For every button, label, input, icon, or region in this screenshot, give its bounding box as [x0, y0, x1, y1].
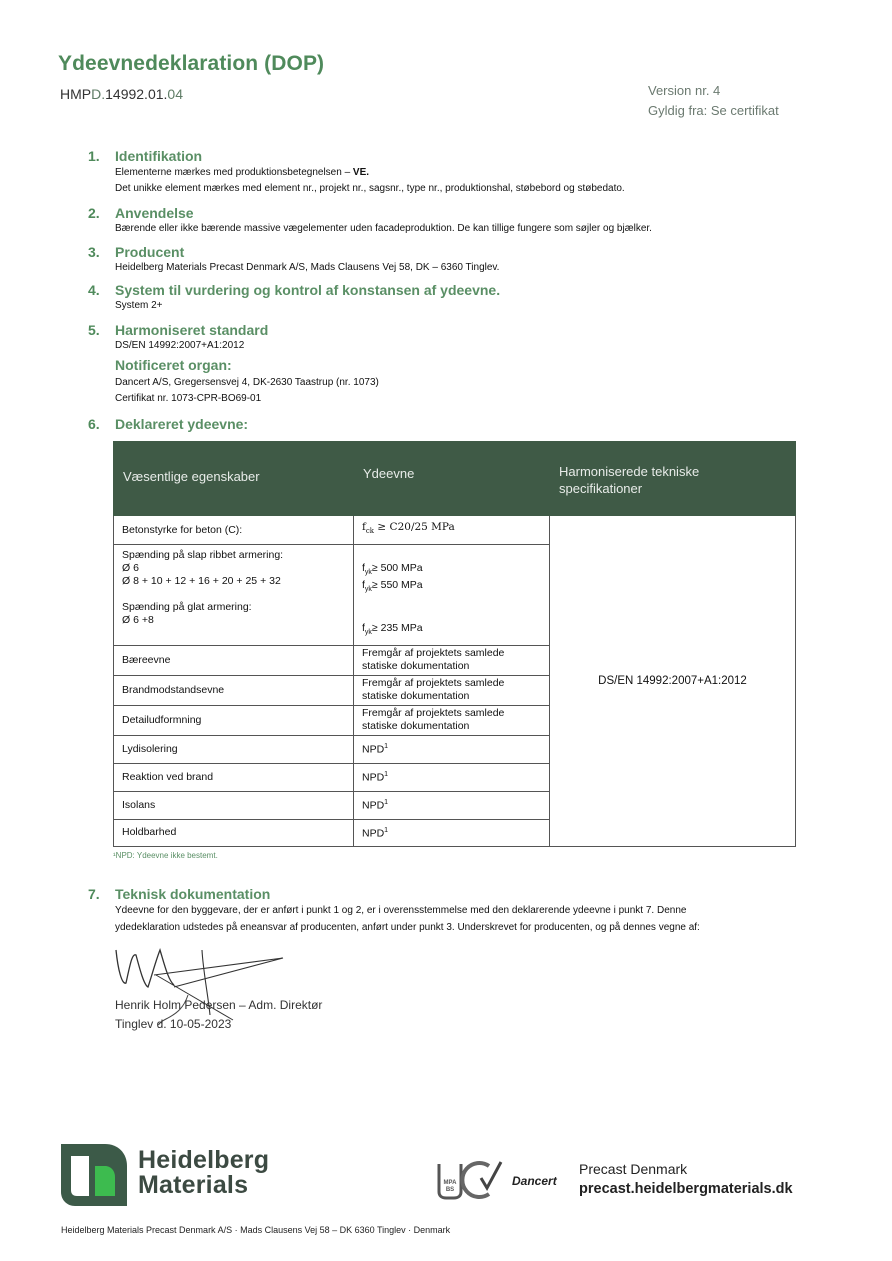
doc-id-prefix: HMP — [60, 86, 91, 102]
value-line: statiske dokumentation — [362, 690, 549, 703]
property-name: Reaktion ved brand — [122, 771, 353, 784]
precast-contact: Precast Denmark precast.heidelbergmateri… — [579, 1159, 793, 1199]
version-number: Version nr. 4 — [648, 81, 779, 101]
value: NPD — [362, 828, 384, 840]
section-number: 4. — [88, 282, 115, 298]
svg-text:MPA: MPA — [444, 1180, 458, 1186]
footnote-ref: 1 — [384, 827, 388, 834]
sign-place-date: Tinglev d. 10-05-2023 — [115, 1015, 322, 1034]
footnote-ref: 1 — [384, 743, 388, 750]
section-number: 1. — [88, 148, 115, 164]
section-declared-performance: 6.Deklareret ydeevne: — [88, 416, 808, 432]
symbol-sub: ck — [366, 528, 374, 536]
table-row: Spænding på slap ribbet armering: Ø 6 Ø … — [113, 544, 354, 646]
website-link[interactable]: precast.heidelbergmaterials.dk — [579, 1179, 793, 1199]
property-detail: Ø 6 +8 — [122, 614, 353, 627]
table-header: Væsentlige egenskaber Ydeevne Harmoniser… — [113, 441, 796, 516]
symbol-sub: yk — [365, 629, 372, 636]
section-title: Deklareret ydeevne: — [115, 416, 248, 432]
section-title: Producent — [115, 244, 184, 260]
section-system: 4.System til vurdering og kontrol af kon… — [88, 282, 808, 314]
property-name: Detailudformning — [122, 714, 353, 727]
heidelberg-logo-icon — [61, 1144, 127, 1206]
performance-value: Fremgår af projektets samledestatiske do… — [353, 645, 550, 676]
value-line: fyk≥ 235 MPa — [362, 622, 549, 639]
section-line: ydedeklaration udstedes på eneansvar af … — [115, 919, 808, 936]
value-line: Fremgår af projektets samlede — [362, 707, 549, 720]
doc-id-suffix: 04 — [167, 86, 183, 102]
section-line: Det unikke element mærkes med element nr… — [115, 181, 808, 197]
footer-address: Heidelberg Materials Precast Denmark A/S… — [61, 1225, 450, 1235]
section-number: 2. — [88, 205, 115, 221]
section-standard: 5.Harmoniseret standard DS/EN 14992:2007… — [88, 322, 808, 407]
logo-line-2: Materials — [138, 1173, 269, 1198]
signatory: Henrik Holm Pedersen – Adm. Direktør Tin… — [115, 996, 322, 1034]
value-line: statiske dokumentation — [362, 720, 549, 733]
performance-value: fyk≥ 500 MPa fyk≥ 550 MPa fyk≥ 235 MPa — [353, 544, 550, 646]
table-row: Reaktion ved brand — [113, 763, 354, 792]
signer-name: Henrik Holm Pedersen – Adm. Direktør — [115, 996, 322, 1015]
symbol-sub: yk — [365, 586, 372, 593]
line-text: Elementerne mærkes med produktionsbetegn… — [115, 167, 353, 178]
performance-value: NPD1 — [353, 763, 550, 792]
section-line: Ydeevne for den byggevare, der er anført… — [115, 902, 808, 919]
operator: ≥ — [374, 521, 389, 533]
property-name: Brandmodstandsevne — [122, 684, 353, 697]
property-name: Spænding på slap ribbet armering: — [122, 549, 353, 562]
footnote-ref: 1 — [384, 771, 388, 778]
section-title: System til vurdering og kontrol af konst… — [115, 282, 500, 298]
valid-from: Gyldig fra: Se certifikat — [648, 101, 779, 121]
document-id: HMPD.14992.01.04 — [60, 86, 183, 102]
section-producer: 3.Producent Heidelberg Materials Precast… — [88, 244, 808, 276]
precast-name: Precast Denmark — [579, 1159, 793, 1179]
property-detail: Ø 8 + 10 + 12 + 16 + 20 + 25 + 32 — [122, 575, 353, 588]
document-title: Ydeevnedeklaration (DOP) — [58, 52, 324, 76]
value: C20/25 MPa — [390, 521, 455, 533]
section-title: Teknisk dokumentation — [115, 886, 270, 902]
property-name: Betonstyrke for beton (C): — [122, 524, 353, 537]
section-line: Bærende eller ikke bærende massive vægel… — [115, 221, 808, 237]
svg-text:BS: BS — [446, 1187, 454, 1193]
logo-line-1: Heidelberg — [138, 1148, 269, 1173]
section-number: 5. — [88, 322, 115, 338]
property-name: Isolans — [122, 799, 353, 812]
section-number: 3. — [88, 244, 115, 260]
value-line: fyk≥ 550 MPa — [362, 579, 549, 596]
version-info: Version nr. 4 Gyldig fra: Se certifikat — [648, 81, 779, 121]
doc-id-number: 14992.01. — [105, 86, 167, 102]
table-row: Isolans — [113, 791, 354, 820]
table-row: Lydisolering — [113, 735, 354, 764]
section-title: Harmoniseret standard — [115, 322, 268, 338]
section-line: Elementerne mærkes med produktionsbetegn… — [115, 165, 808, 181]
value-line: Fremgår af projektets samlede — [362, 647, 549, 660]
property-detail: Ø 6 — [122, 562, 353, 575]
value: NPD — [362, 800, 384, 812]
notified-body-title: Notificeret organ: — [115, 356, 808, 375]
section-number: 6. — [88, 416, 115, 432]
performance-value: Fremgår af projektets samledestatiske do… — [353, 675, 550, 706]
section-title: Anvendelse — [115, 205, 194, 221]
value: NPD — [362, 744, 384, 756]
section-usage: 2.Anvendelse Bærende eller ikke bærende … — [88, 205, 808, 237]
value-line: Fremgår af projektets samlede — [362, 677, 549, 690]
column-header-performance: Ydeevne — [363, 465, 414, 482]
value-line: statiske dokumentation — [362, 660, 549, 673]
harmonised-specification: DS/EN 14992:2007+A1:2012 — [549, 516, 796, 847]
property-name: Lydisolering — [122, 743, 353, 756]
product-code: VE. — [353, 167, 369, 178]
performance-value: Fremgår af projektets samledestatiske do… — [353, 705, 550, 736]
footnote-ref: 1 — [384, 799, 388, 806]
property-name: Spænding på glat armering: — [122, 601, 353, 614]
certification-marks-icon: MPA BS — [437, 1160, 509, 1200]
dancert-label: Dancert — [512, 1174, 557, 1188]
value: NPD — [362, 772, 384, 784]
section-line: System 2+ — [115, 298, 808, 314]
table-row: Holdbarhed — [113, 819, 354, 847]
section-line: DS/EN 14992:2007+A1:2012 — [115, 338, 808, 354]
column-header-property: Væsentlige egenskaber — [123, 468, 260, 485]
symbol-sub: yk — [365, 569, 372, 576]
value: ≥ 500 MPa — [372, 562, 423, 574]
performance-value: NPD1 — [353, 735, 550, 764]
property-name: Holdbarhed — [122, 826, 353, 839]
property-name: Bæreevne — [122, 654, 353, 667]
performance-value: NPD1 — [353, 791, 550, 820]
table-footnote: ¹NPD: Ydeevne ikke bestemt. — [113, 851, 218, 860]
value-line: fyk≥ 500 MPa — [362, 562, 549, 579]
section-identification: 1.Identifikation Elementerne mærkes med … — [88, 148, 808, 197]
value: ≥ 235 MPa — [372, 622, 423, 634]
value: ≥ 550 MPa — [372, 579, 423, 591]
table-row: Detailudformning — [113, 705, 354, 736]
certificate-number: Certifikat nr. 1073-CPR-BO69-01 — [115, 391, 808, 407]
doc-id-mid: D. — [91, 86, 105, 102]
table-row: Bæreevne — [113, 645, 354, 676]
performance-value: NPD1 — [353, 819, 550, 847]
table-row: Betonstyrke for beton (C): — [113, 516, 354, 545]
performance-value: fck ≥ C20/25 MPa — [353, 516, 550, 545]
section-number: 7. — [88, 886, 115, 902]
section-technical-documentation: 7.Teknisk dokumentation Ydeevne for den … — [88, 886, 808, 936]
company-logo-text: Heidelberg Materials — [138, 1148, 269, 1198]
section-title: Identifikation — [115, 148, 202, 164]
notified-body-address: Dancert A/S, Gregersensvej 4, DK-2630 Ta… — [115, 375, 808, 391]
column-header-specification: Harmoniserede tekniske specifikationer — [559, 463, 749, 497]
section-line: Heidelberg Materials Precast Denmark A/S… — [115, 260, 808, 276]
table-row: Brandmodstandsevne — [113, 675, 354, 706]
